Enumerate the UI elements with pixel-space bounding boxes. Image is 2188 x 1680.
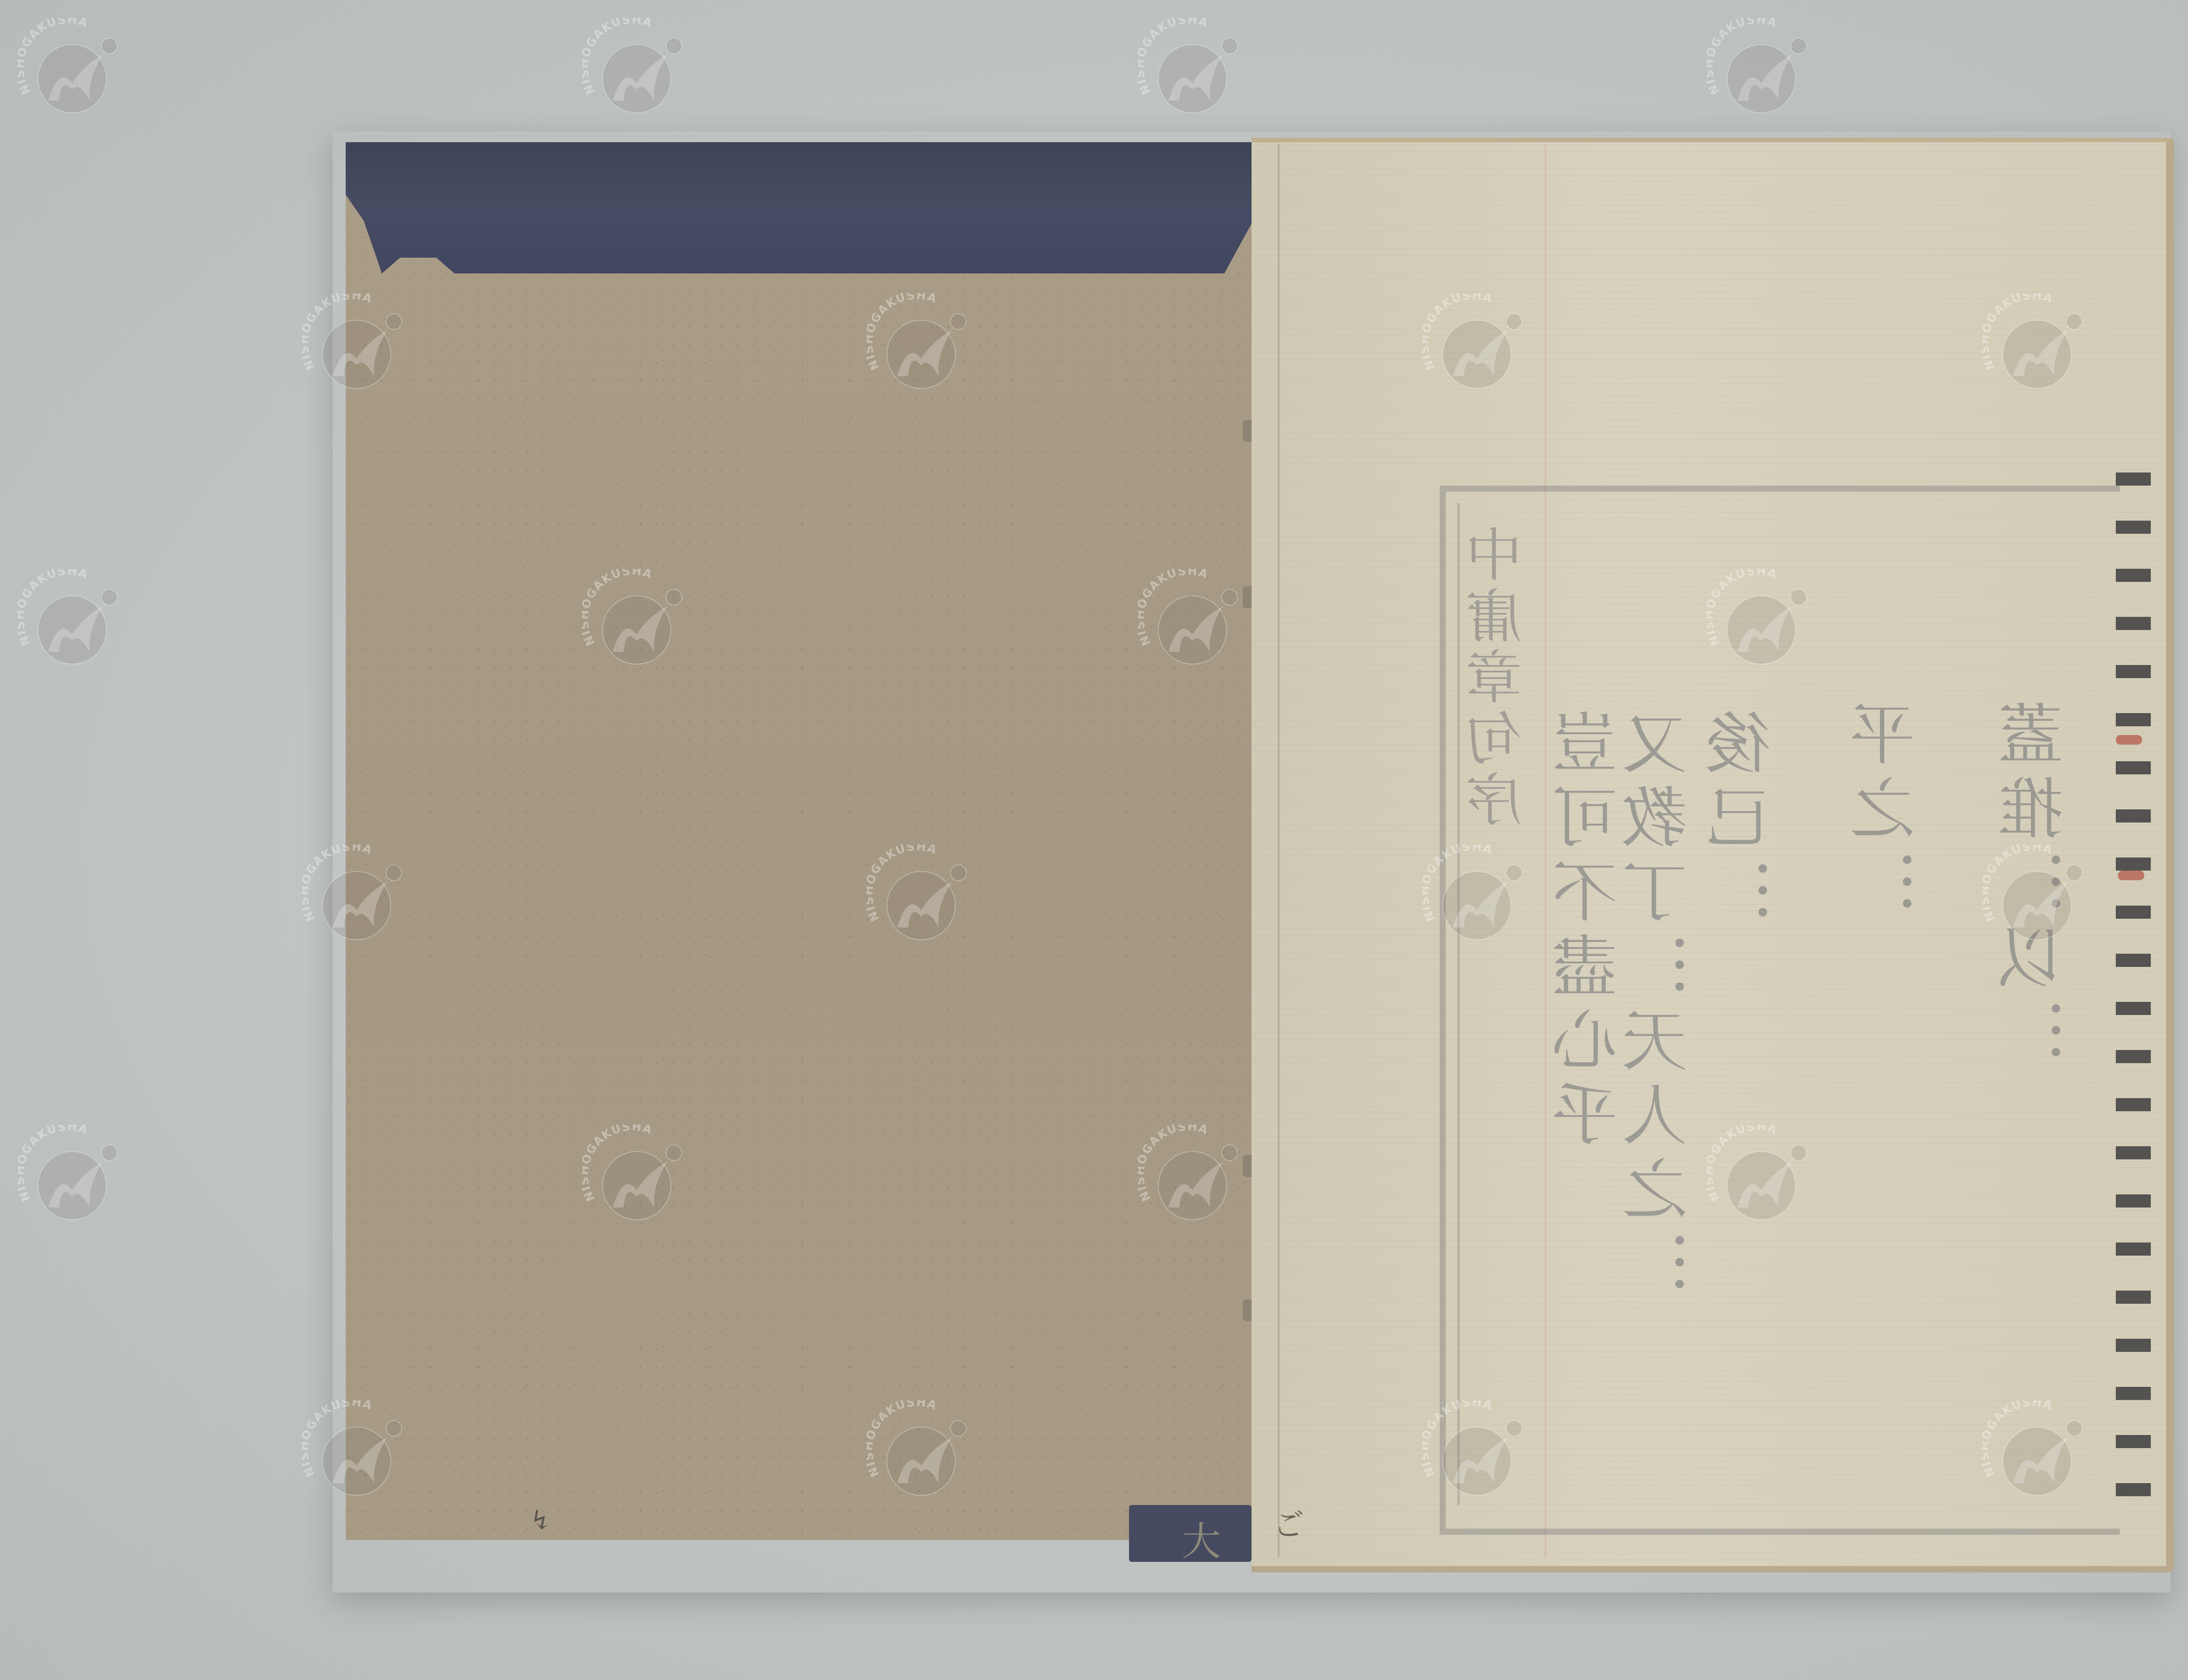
nishogakusha-watermark-icon: NISHOGAKUSHA [1982, 844, 2092, 954]
nishogakusha-watermark-icon: NISHOGAKUSHA [18, 1124, 127, 1234]
nishogakusha-watermark-icon: NISHOGAKUSHA [582, 569, 691, 678]
page-gutter-line [1278, 144, 1280, 1557]
nishogakusha-watermark-icon: NISHOGAKUSHA [302, 844, 411, 954]
nishogakusha-watermark-icon: NISHOGAKUSHA [1707, 1124, 1816, 1234]
text-column: 又教丁…天人之… [1628, 709, 1694, 1304]
cover-tab-mark: 大 [1182, 1509, 1221, 1566]
red-mark [2118, 871, 2144, 880]
nishogakusha-watermark-icon: NISHOGAKUSHA [582, 1124, 691, 1234]
cover-indigo-strip [346, 142, 1252, 273]
nishogakusha-watermark-icon: NISHOGAKUSHA [18, 17, 127, 127]
nishogakusha-watermark-icon: NISHOGAKUSHA [866, 293, 976, 402]
nishogakusha-watermark-icon: NISHOGAKUSHA [302, 293, 411, 402]
nishogakusha-watermark-icon: NISHOGAKUSHA [1422, 1400, 1532, 1509]
text-column: 平之… [1855, 700, 1921, 923]
nishogakusha-watermark-icon: NISHOGAKUSHA [1707, 17, 1816, 127]
nishogakusha-watermark-icon: NISHOGAKUSHA [1138, 569, 1247, 678]
nishogakusha-watermark-icon: NISHOGAKUSHA [1707, 569, 1816, 678]
text-column: 後已… [1711, 709, 1777, 932]
nishogakusha-watermark-icon: NISHOGAKUSHA [302, 1400, 411, 1509]
text-column: 豈可不盡心乎 [1558, 709, 1623, 1155]
page-bottom-mark: ご [1273, 1501, 1304, 1545]
nishogakusha-watermark-icon: NISHOGAKUSHA [1138, 1124, 1247, 1234]
nishogakusha-watermark-icon: NISHOGAKUSHA [18, 569, 127, 678]
adjacent-page-edge-print [2116, 472, 2151, 1514]
red-mark [2116, 735, 2142, 745]
nishogakusha-watermark-icon: NISHOGAKUSHA [582, 17, 691, 127]
nishogakusha-watermark-icon: NISHOGAKUSHA [1982, 293, 2092, 402]
nishogakusha-watermark-icon: NISHOGAKUSHA [866, 1400, 976, 1509]
nishogakusha-watermark-icon: NISHOGAKUSHA [1422, 844, 1532, 954]
nishogakusha-watermark-icon: NISHOGAKUSHA [1422, 293, 1532, 402]
book-cover [346, 142, 1252, 1540]
frame-label: 中庸章句序 [1457, 525, 1539, 831]
cover-bottom-mark: ↯ [529, 1505, 551, 1536]
nishogakusha-watermark-icon: NISHOGAKUSHA [1138, 17, 1247, 127]
nishogakusha-watermark-icon: NISHOGAKUSHA [866, 844, 976, 954]
nishogakusha-watermark-icon: NISHOGAKUSHA [1982, 1400, 2092, 1509]
